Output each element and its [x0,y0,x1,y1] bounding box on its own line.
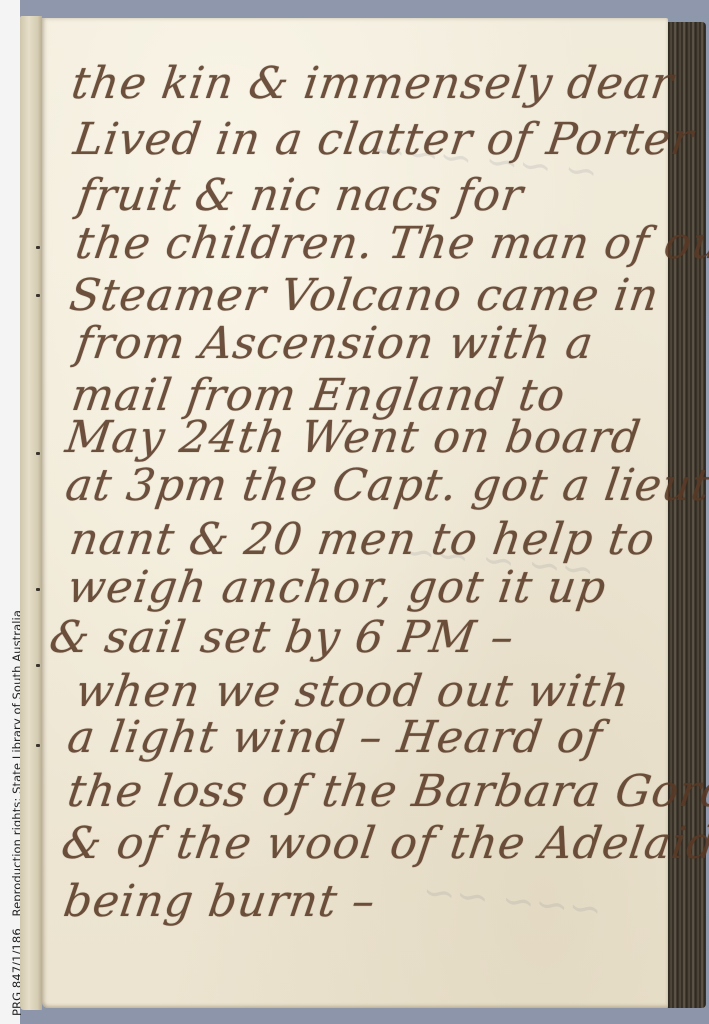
binding-stitch [36,744,40,747]
binding-stitch [36,588,40,591]
binding-stitch [36,246,40,249]
manuscript-line: when we stood out with [72,666,633,717]
binding-stitch [36,294,40,297]
manuscript-line: Lived in a clatter of Porter [70,114,696,165]
manuscript-line: from Ascension with a [72,318,597,369]
manuscript-line: the loss of the Barbara Gordon [64,766,709,817]
manuscript-line: May 24th Went on board [62,412,644,463]
binding-stitch [36,664,40,667]
manuscript-line: nant & 20 men to help to [66,514,658,565]
manuscript-line: the children. The man of our [72,218,709,269]
manuscript-line: weigh anchor, got it up [64,562,609,613]
manuscript-line: fruit & nic nacs for [74,170,526,221]
manuscript-line: & sail set by 6 PM – [46,612,517,663]
manuscript-line: at 3pm the Capt. got a lieute [62,460,709,511]
handwritten-text: the kin & immensely dear Lived in a clat… [42,18,668,1008]
manuscript-line: being burnt – [60,876,378,927]
manuscript-line: & of the wool of the Adelaide [58,818,709,869]
scan-frame: PRG 847/1/186 Reproduction rights: State… [0,0,709,1024]
manuscript-line: a light wind – Heard of [64,712,606,763]
binding-stitch [36,452,40,455]
archive-label-strip: PRG 847/1/186 Reproduction rights: State… [0,0,20,1024]
manuscript-line: the kin & immensely dear [68,58,676,109]
book-spine [20,16,42,1010]
manuscript-line: Steamer Volcano came in [66,270,662,321]
